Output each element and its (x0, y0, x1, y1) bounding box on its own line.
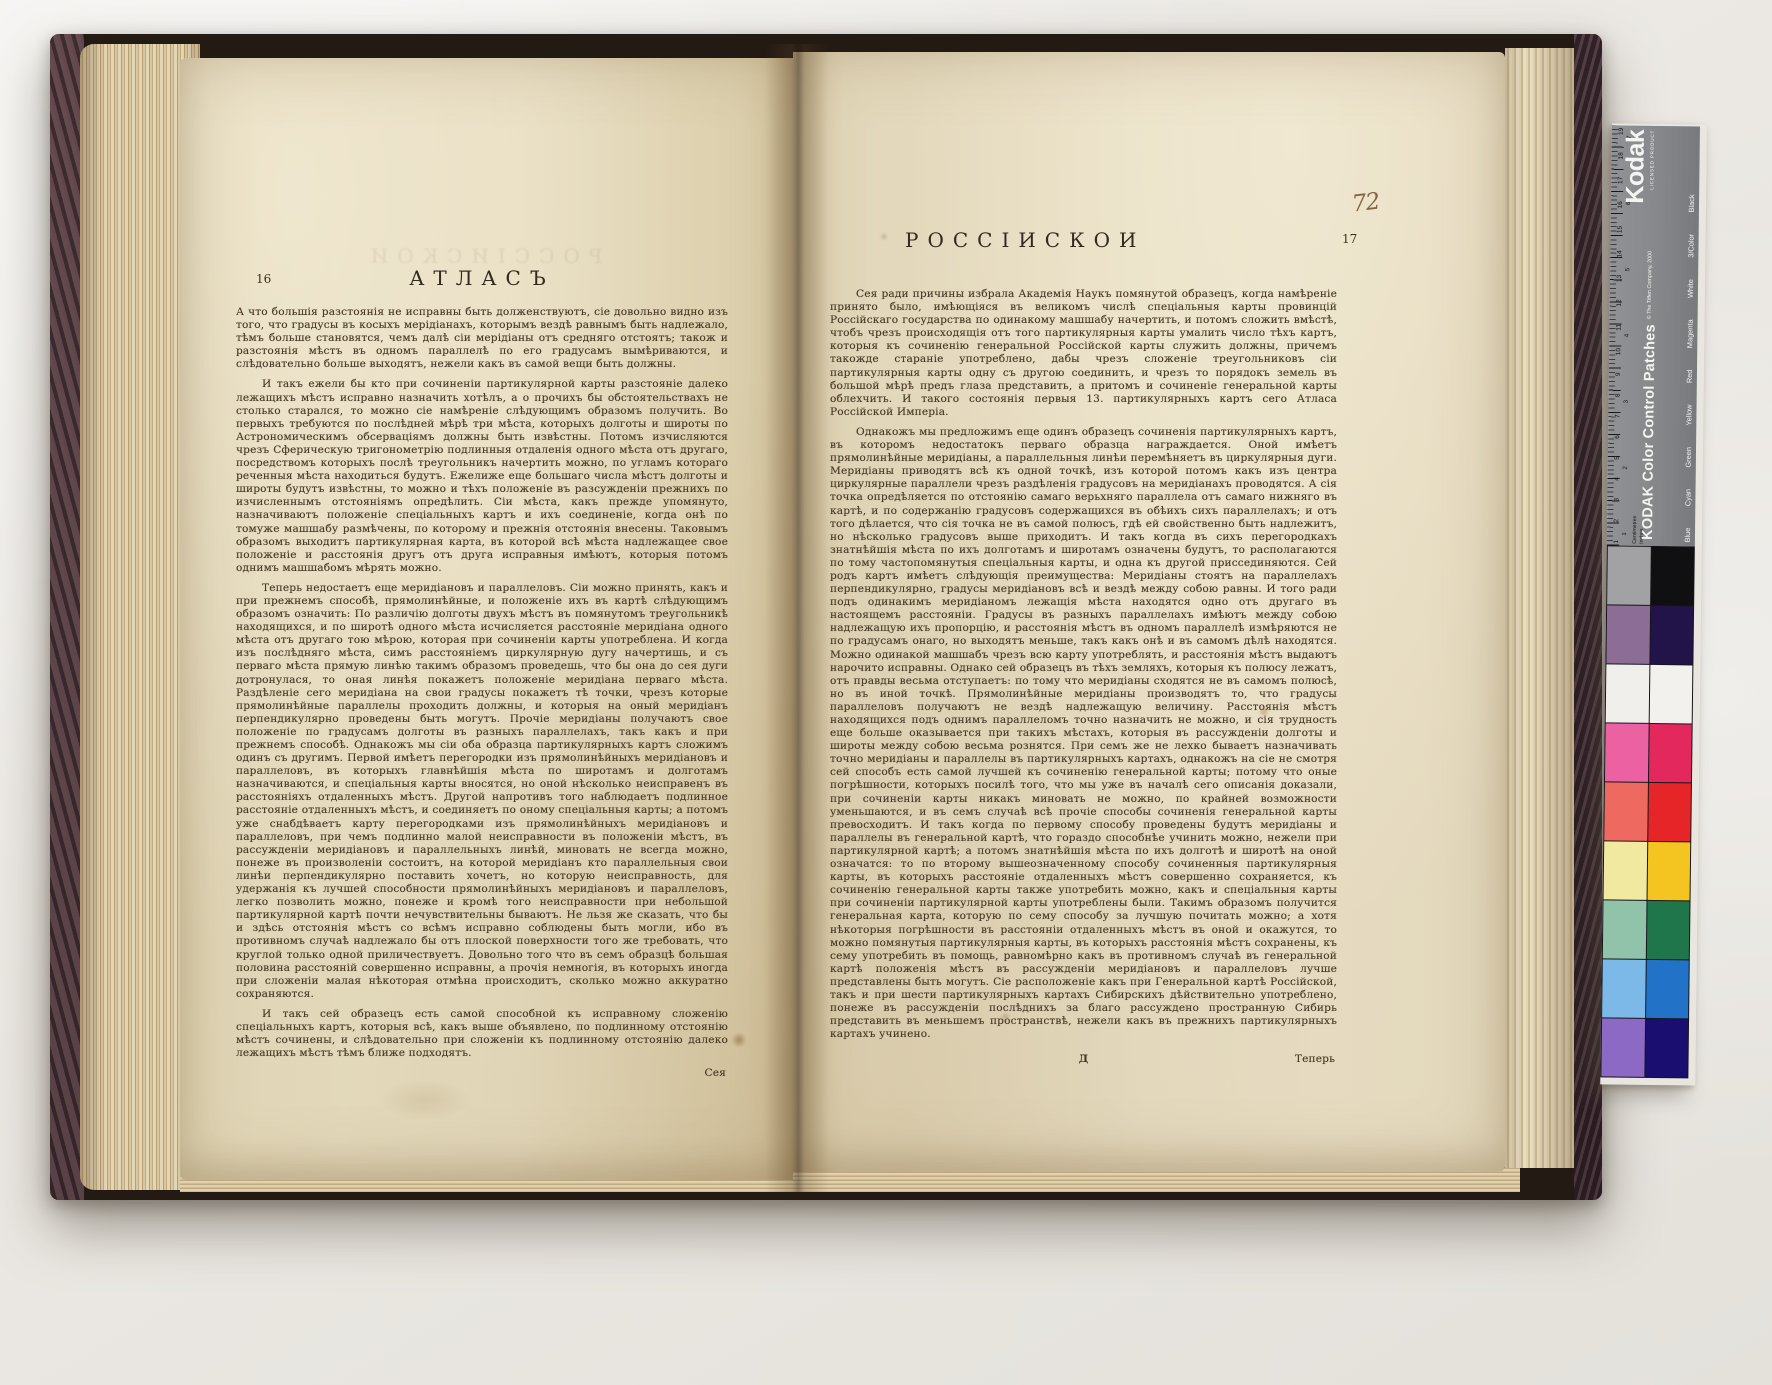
paragraph: И такъ сей образецъ есть самой способной… (236, 1008, 728, 1060)
patch-red-light (1604, 782, 1647, 841)
paragraph: И такъ ежели бы кто при сочиненіи партик… (236, 378, 728, 574)
paragraph: Теперь недостаетъ еще меридіановъ и пара… (236, 582, 728, 1001)
cm-number: 13 (1616, 275, 1623, 282)
cm-number: 5 (1614, 456, 1621, 460)
patch-black-full (1651, 547, 1694, 606)
licensed-product-label: LICENSED PRODUCT (1649, 130, 1655, 204)
patch-name-label: 3/Color (1686, 234, 1695, 258)
patch-cyan-light (1602, 959, 1645, 1018)
running-title-left: АТЛАСЪ (236, 266, 728, 290)
book-scan-photo: РОССІИСКОИ 16 АТЛАСЪ А что большія разст… (0, 0, 1772, 1385)
strip-copyright: © The Tiffen Company, 2000 (1647, 251, 1654, 319)
patch-yellow-full (1647, 842, 1690, 901)
patch-green-light (1603, 900, 1646, 959)
kodak-strip-face: 12345678910111213141516171819 1234567 Ce… (1600, 125, 1700, 1079)
cm-number: 8 (1615, 393, 1622, 397)
cm-number: 11 (1615, 324, 1622, 331)
page-number-right: 17 (1342, 232, 1357, 246)
text-column-left: А что большія разстоянія не исправны быт… (236, 306, 728, 1081)
paragraph: Однакожъ мы предложимъ еще одинъ образец… (830, 426, 1337, 1041)
patch-magenta-full (1648, 724, 1691, 783)
catchword-row: Сея (236, 1067, 728, 1081)
color-patches (1600, 545, 1694, 1078)
cm-number: 6 (1614, 435, 1621, 439)
cm-number: 9 (1615, 372, 1622, 376)
marbled-cover-right (1574, 34, 1602, 1200)
bleedthrough-title-ghost: РОССІИСКОИ (236, 244, 728, 268)
patch-blue-full (1645, 1019, 1688, 1078)
patch-red-full (1648, 783, 1691, 842)
strip-title-line: KODAK Color Control Patches© The Tiffen … (1639, 210, 1661, 540)
inch-number: 2 (1623, 466, 1629, 469)
cm-number: 4 (1614, 477, 1621, 481)
signature-mark: Д (830, 1053, 1337, 1066)
handwritten-folio: 72 (1351, 188, 1381, 217)
catchword-left: Сея (704, 1067, 726, 1080)
cm-number: 14 (1616, 250, 1623, 257)
strip-title: KODAK Color Control Patches (1640, 324, 1659, 540)
patch-name-label: Blue (1683, 528, 1692, 543)
patch-3color-full (1650, 606, 1693, 665)
text-column-right: Сея ради причины избрала Академія Наукъ … (830, 288, 1337, 1067)
patch-name-label: Cyan (1683, 489, 1692, 506)
patch-white-light (1606, 664, 1649, 723)
kodak-color-target: 12345678910111213141516171819 1234567 Ce… (1600, 123, 1707, 1085)
page-right: РОССІИСКОИ 17 72 Сея ради причины избрал… (793, 52, 1505, 1172)
inch-number: 5 (1625, 268, 1631, 271)
inch-number: 4 (1624, 334, 1630, 337)
patch-name-label: Yellow (1684, 404, 1693, 425)
inch-number: 1 (1622, 532, 1628, 535)
patch-name-label: Green (1684, 447, 1693, 468)
patch-black-light (1607, 546, 1650, 605)
patch-white-full (1649, 665, 1692, 724)
book: РОССІИСКОИ 16 АТЛАСЪ А что большія разст… (50, 34, 1602, 1200)
cm-number: 10 (1615, 348, 1622, 355)
patch-name-labels: BlueCyanGreenYellowRedMagentaWhite3/Colo… (1683, 194, 1696, 542)
patch-cyan-full (1646, 960, 1689, 1019)
cm-number: 2 (1613, 519, 1620, 523)
catchword-right: Теперь (1295, 1053, 1335, 1066)
ruler-rotated-face: 12345678910111213141516171819 1234567 Ce… (1607, 125, 1700, 546)
patch-name-label: White (1686, 279, 1695, 298)
kodak-logo: Kodak (1621, 130, 1650, 204)
kodak-ruler: 12345678910111213141516171819 1234567 Ce… (1607, 125, 1700, 546)
cm-number: 12 (1616, 299, 1623, 306)
right-page-stack-edge (1505, 48, 1577, 1168)
patch-blue-light (1601, 1018, 1644, 1077)
patch-name-label: Black (1687, 194, 1696, 212)
paragraph: А что большія разстоянія не исправны быт… (236, 306, 728, 371)
ruler-cm-label: Centimetres (1632, 516, 1639, 544)
patch-name-label: Red (1685, 370, 1694, 384)
marbled-cover-left (50, 34, 84, 1200)
signature-row: Д Теперь (830, 1053, 1337, 1067)
paragraph: Сея ради причины избрала Академія Наукъ … (830, 288, 1337, 419)
cm-number: 15 (1617, 226, 1624, 233)
patch-magenta-light (1605, 723, 1648, 782)
page-left: РОССІИСКОИ 16 АТЛАСЪ А что большія разст… (180, 58, 793, 1180)
cm-number: 7 (1614, 414, 1621, 418)
running-title-right: РОССІИСКОИ (905, 228, 1145, 252)
cm-number: 1 (1613, 540, 1620, 544)
patch-3color-light (1606, 605, 1649, 664)
inch-number: 3 (1624, 400, 1630, 403)
cm-number: 3 (1613, 498, 1620, 502)
patch-yellow-light (1604, 841, 1647, 900)
patch-green-full (1646, 901, 1689, 960)
patch-name-label: Magenta (1685, 319, 1694, 348)
kodak-brand-block: Kodak LICENSED PRODUCT (1623, 130, 1655, 204)
